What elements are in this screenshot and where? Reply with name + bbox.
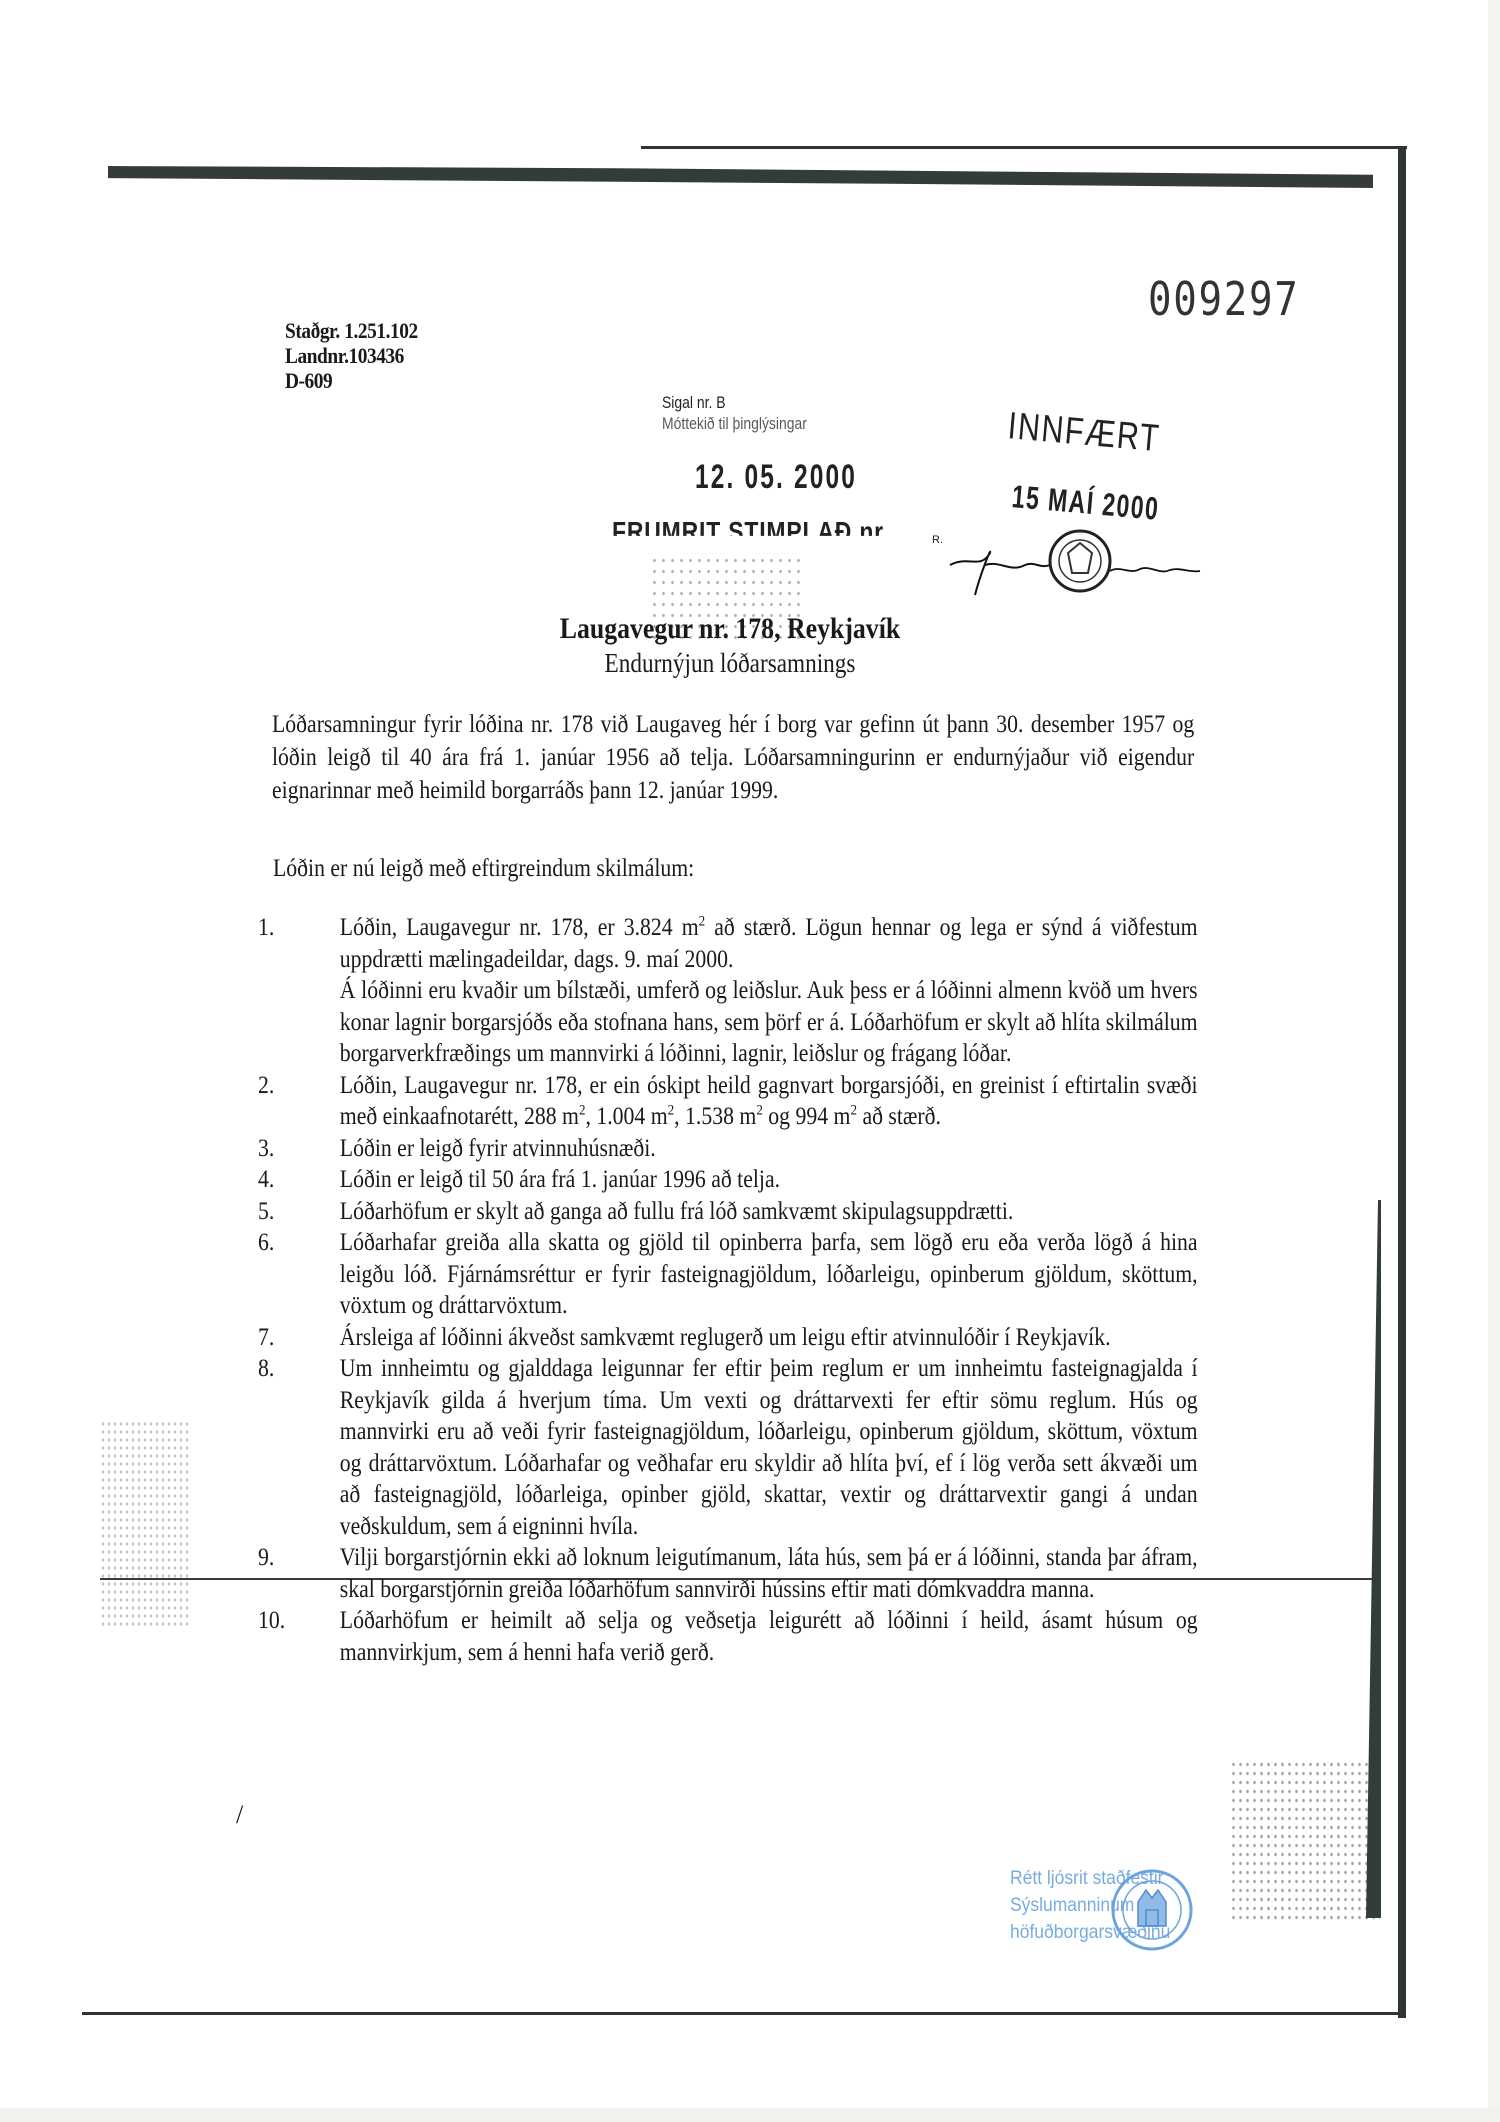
term-number: 3. [258,1133,340,1165]
term-text: Um innheimtu og gjalddaga leigunnar fer … [340,1353,1198,1542]
term-number: 8. [258,1353,340,1542]
document-number: 009297 [1148,272,1299,326]
term-item: 10.Lóðarhöfum er heimilt að selja og veð… [258,1605,1198,1668]
term-paragraph: Lóðin, Laugavegur nr. 178, er 3.824 m2 a… [340,912,1198,975]
term-text: Lóðarhöfum er heimilt að selja og veðset… [340,1605,1198,1668]
term-paragraph: Lóðin er leigð til 50 ára frá 1. janúar … [340,1164,1198,1196]
term-text: Lóðin er leigð til 50 ára frá 1. janúar … [340,1164,1198,1196]
term-text: Lóðin er leigð fyrir atvinnuhúsnæði. [340,1133,1198,1165]
document-title: Laugavegur nr. 178, Reykjavík [102,612,1358,646]
scan-page-foot [0,2108,1500,2122]
term-item: 6.Lóðarhafar greiða alla skatta og gjöld… [258,1227,1198,1322]
term-paragraph: Vilji borgarstjórnin ekki að loknum leig… [340,1542,1198,1605]
terms-list: 1.Lóðin, Laugavegur nr. 178, er 3.824 m2… [258,912,1198,1668]
received-stamp-line2: Móttekið til þinglýsingar [662,413,807,434]
term-text: Lóðarhafar greiða alla skatta og gjöld t… [340,1227,1198,1322]
term-item: 7.Ársleiga af lóðinni ákveðst samkvæmt r… [258,1322,1198,1354]
term-number: 10. [258,1605,340,1668]
svg-text:R.: R. [932,534,943,546]
registered-stamp-label: INNFÆRT [1006,405,1162,461]
term-paragraph: Lóðarhöfum er heimilt að selja og veðset… [340,1605,1198,1668]
scan-page-edge [1488,0,1500,2122]
term-paragraph: Á lóðinni eru kvaðir um bílstæði, umferð… [340,975,1198,1070]
property-reference: Staðgr. 1.251.102 Landnr.103436 D-609 [285,318,436,393]
term-item: 8.Um innheimtu og gjalddaga leigunnar fe… [258,1353,1198,1542]
registered-date: 15 MAÍ 2000 [1010,478,1160,528]
scan-frame-bottom-line [82,2012,1400,2015]
scan-frame-top-line [641,146,1407,149]
term-number: 6. [258,1227,340,1322]
term-paragraph: Ársleiga af lóðinni ákveðst samkvæmt reg… [340,1322,1198,1354]
official-seal-icon [1110,1868,1194,1952]
term-paragraph: Um innheimtu og gjalddaga leigunnar fer … [340,1353,1198,1542]
term-number: 9. [258,1542,340,1605]
d-number: D-609 [285,368,418,393]
term-paragraph: Lóðin, Laugavegur nr. 178, er ein óskipt… [340,1070,1198,1133]
stadgr-number: Staðgr. 1.251.102 [285,318,418,343]
scan-dust [1230,1760,1380,1920]
term-text: Lóðin, Laugavegur nr. 178, er 3.824 m2 a… [340,912,1198,1070]
land-number: Landnr.103436 [285,343,418,368]
received-stamp: Sigal nr. B Móttekið til þinglýsingar [662,392,807,434]
intro-paragraph: Lóðarsamningur fyrir lóðina nr. 178 við … [272,708,1194,807]
term-item: 3.Lóðin er leigð fyrir atvinnuhúsnæði. [258,1133,1198,1165]
term-item: 4.Lóðin er leigð til 50 ára frá 1. janúa… [258,1164,1198,1196]
received-stamp-line1: Sigal nr. B [662,392,807,413]
scan-frame-right-line [1398,146,1406,2018]
original-stamp: FRUMRIT STIMPLAÐ nr. [612,516,890,548]
term-paragraph: Lóðarhafar greiða alla skatta og gjöld t… [340,1227,1198,1322]
term-number: 7. [258,1322,340,1354]
term-text: Lóðarhöfum er skylt að ganga að fullu fr… [340,1196,1198,1228]
margin-mark: / [236,1800,243,1830]
term-number: 1. [258,912,340,1070]
term-paragraph: Lóðarhöfum er skylt að ganga að fullu fr… [340,1196,1198,1228]
document-subtitle: Endurnýjun lóðarsamnings [102,648,1358,679]
scan-frame-top-bar [108,166,1373,188]
terms-lead-in: Lóðin er nú leigð með eftirgreindum skil… [273,855,694,883]
term-item: 5.Lóðarhöfum er skylt að ganga að fullu … [258,1196,1198,1228]
term-text: Lóðin, Laugavegur nr. 178, er ein óskipt… [340,1070,1198,1133]
term-number: 5. [258,1196,340,1228]
term-paragraph: Lóðin er leigð fyrir atvinnuhúsnæði. [340,1133,1198,1165]
signature-icon: R. [930,525,1205,605]
term-item: 2.Lóðin, Laugavegur nr. 178, er ein óski… [258,1070,1198,1133]
term-text: Vilji borgarstjórnin ekki að loknum leig… [340,1542,1198,1605]
received-date: 12. 05. 2000 [695,458,857,497]
scan-dust-left [100,1420,190,1630]
term-number: 4. [258,1164,340,1196]
term-item: 1.Lóðin, Laugavegur nr. 178, er 3.824 m2… [258,912,1198,1070]
term-number: 2. [258,1070,340,1133]
term-item: 9.Vilji borgarstjórnin ekki að loknum le… [258,1542,1198,1605]
term-text: Ársleiga af lóðinni ákveðst samkvæmt reg… [340,1322,1198,1354]
